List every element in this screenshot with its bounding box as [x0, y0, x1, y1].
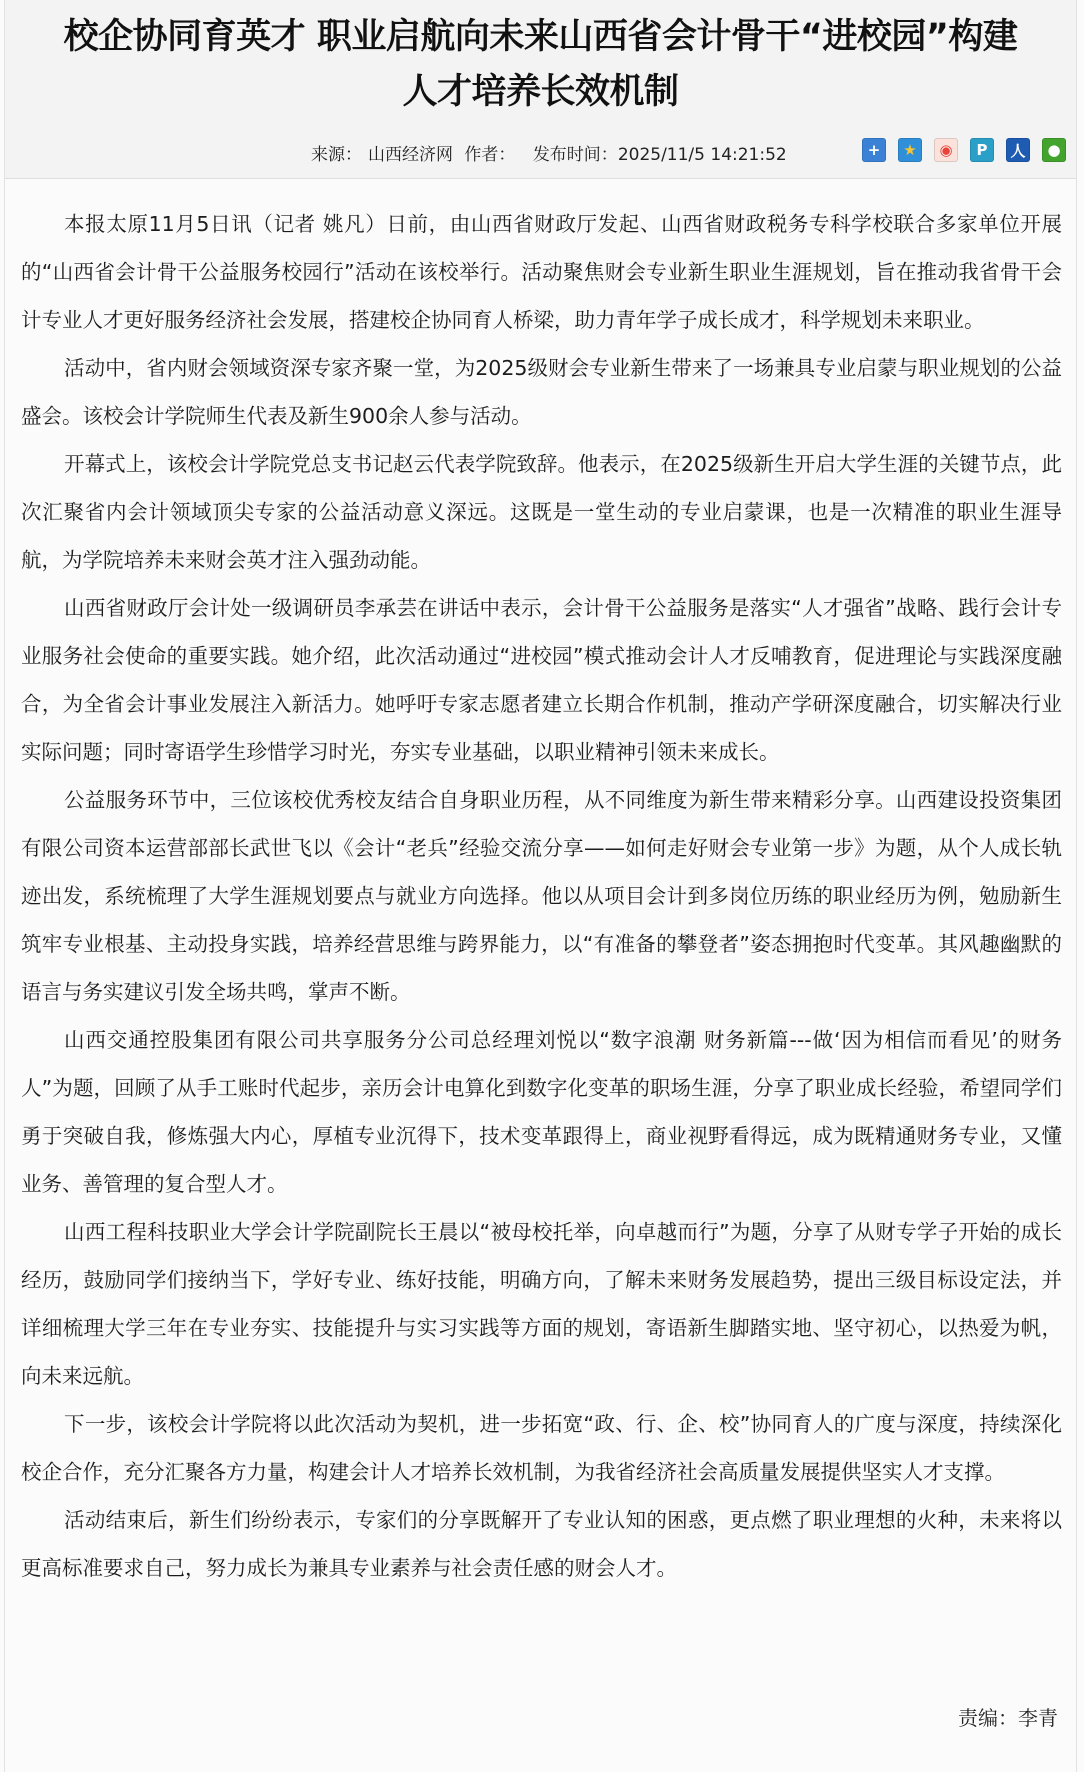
paragraph: 开幕式上，该校会计学院党总支书记赵云代表学院致辞。他表示，在2025级新生开启大… [21, 440, 1062, 584]
paragraph: 本报太原11月5日讯（记者 姚凡）日前，由山西省财政厅发起、山西省财政税务专科学… [21, 200, 1062, 344]
share-more-icon[interactable]: + [862, 138, 886, 162]
publish-time: 2025/11/5 14:21:52 [618, 145, 787, 165]
paragraph: 下一步，该校会计学院将以此次活动为契机，进一步拓宽“政、行、企、校”协同育人的广… [21, 1400, 1062, 1496]
source-value: 山西经济网 [368, 145, 453, 165]
renren-icon[interactable]: 人 [1006, 138, 1030, 162]
paragraph: 活动中，省内财会领域资深专家齐聚一堂，为2025级财会专业新生带来了一场兼具专业… [21, 344, 1062, 440]
share-toolbar: + ★ ◉ P 人 ● [862, 138, 1066, 162]
title-line-2: 人才培养长效机制 [5, 65, 1076, 120]
article-header: 校企协同育英才 职业启航向未来山西省会计骨干“进校园”构建 人才培养长效机制 来… [5, 0, 1076, 179]
article-meta: 来源：山西经济网 作者： 发布时间：2025/11/5 14:21:52 [311, 140, 793, 165]
article-title: 校企协同育英才 职业启航向未来山西省会计骨干“进校园”构建 人才培养长效机制 [5, 10, 1076, 120]
qzone-icon[interactable]: ★ [898, 138, 922, 162]
responsible-editor: 责编：李青 [958, 1702, 1058, 1731]
author-label: 作者： [464, 145, 515, 165]
wechat-icon[interactable]: ● [1042, 138, 1066, 162]
article-body: 本报太原11月5日讯（记者 姚凡）日前，由山西省财政厅发起、山西省财政税务专科学… [21, 200, 1062, 1592]
paragraph: 活动结束后，新生们纷纷表示，专家们的分享既解开了专业认知的困惑，更点燃了职业理想… [21, 1496, 1062, 1592]
weibo-icon[interactable]: ◉ [934, 138, 958, 162]
article-page: 校企协同育英才 职业启航向未来山西省会计骨干“进校园”构建 人才培养长效机制 来… [4, 0, 1077, 1772]
paragraph: 山西工程科技职业大学会计学院副院长王晨以“被母校托举，向卓越而行”为题，分享了从… [21, 1208, 1062, 1400]
title-line-1: 校企协同育英才 职业启航向未来山西省会计骨干“进校园”构建 [5, 10, 1076, 65]
source-label: 来源： [311, 145, 362, 165]
publish-label: 发布时间： [533, 145, 618, 165]
paragraph: 山西交通控股集团有限公司共享服务分公司总经理刘悦以“数字浪潮 财务新篇---做‘… [21, 1016, 1062, 1208]
paragraph: 山西省财政厅会计处一级调研员李承芸在讲话中表示，会计骨干公益服务是落实“人才强省… [21, 584, 1062, 776]
tencent-weibo-icon[interactable]: P [970, 138, 994, 162]
paragraph: 公益服务环节中，三位该校优秀校友结合自身职业历程，从不同维度为新生带来精彩分享。… [21, 776, 1062, 1016]
